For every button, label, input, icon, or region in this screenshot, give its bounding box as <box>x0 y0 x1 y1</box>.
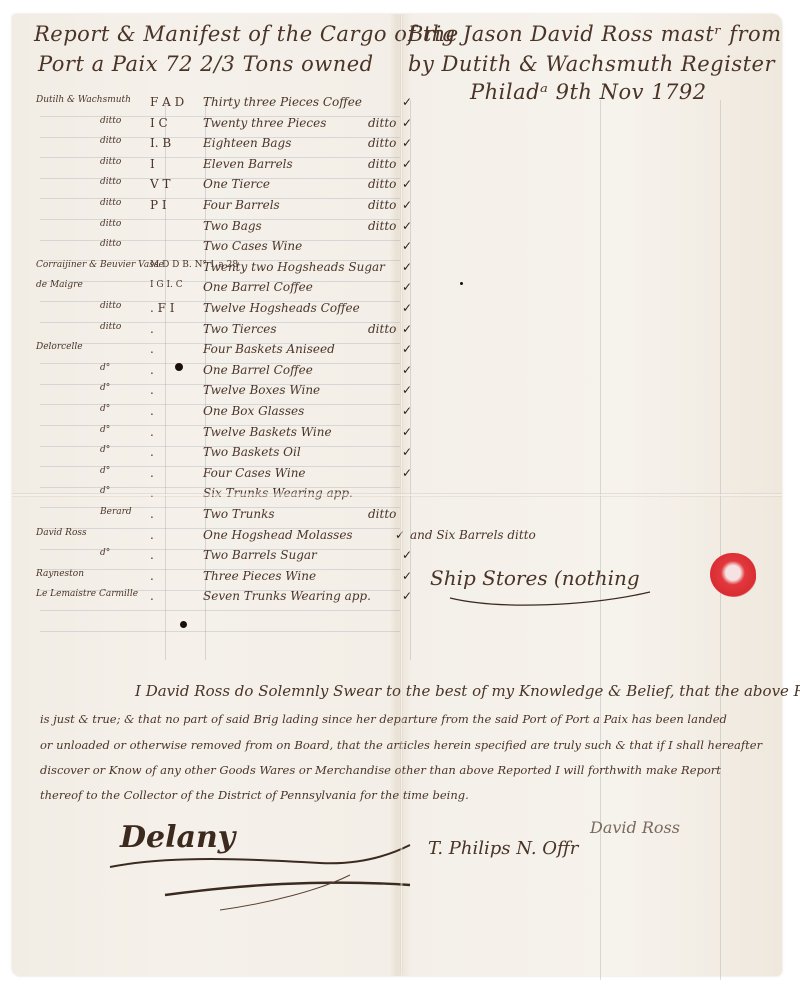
row-desc: Eighteen Bags <box>203 136 291 150</box>
row-tick-icon: ✓ <box>402 548 412 562</box>
row-tick-icon: ✓ <box>402 425 412 439</box>
row-desc: One Box Glasses <box>203 404 304 418</box>
row-merchant: Berard <box>100 507 132 517</box>
row-merchant: ditto <box>100 116 121 126</box>
row-desc: One Hogshead Molasses <box>203 528 353 542</box>
row-mark: I. B <box>150 136 171 150</box>
row-mark: V T <box>150 177 170 191</box>
row-unit: ditto <box>368 198 396 212</box>
row-tick-icon: ✓ <box>402 157 412 171</box>
row-mark: . <box>150 589 154 603</box>
row-mark: . <box>150 404 154 418</box>
row-tick-icon: ✓ <box>402 404 412 418</box>
row-merchant: d° <box>100 466 110 476</box>
oath-line-5: thereof to the Collector of the District… <box>40 788 469 802</box>
row-mark: I <box>150 157 155 171</box>
place-date: Philadᵃ 9th Nov 1792 <box>470 80 707 104</box>
row-desc: Eleven Barrels <box>203 157 293 171</box>
row-unit: ditto <box>368 157 396 171</box>
signature-officer: T. Philips N. Offr <box>428 838 578 859</box>
row-merchant: Corraijiner & Beuvier Vasse <box>36 260 164 270</box>
rule-line <box>40 610 400 611</box>
row-mark: I C <box>150 116 168 130</box>
heading-line2-right: by Dutith & Wachsmuth Register <box>408 52 775 76</box>
row-merchant: Le Lemaistre Carmille <box>36 589 138 599</box>
row-desc: Two Cases Wine <box>203 239 302 253</box>
row-mark: . <box>150 569 154 583</box>
row-merchant: Dutilh & Wachsmuth <box>36 95 131 105</box>
signature-master: David Ross <box>590 818 680 837</box>
row-merchant: d° <box>100 383 110 393</box>
row-tick-icon: ✓ <box>402 342 412 356</box>
row-merchant: d° <box>100 425 110 435</box>
row-desc: Four Cases Wine <box>203 466 306 480</box>
row-merchant: ditto <box>100 322 121 332</box>
heading-line1-right: Brig Jason David Ross mastʳ from <box>408 22 782 46</box>
row-merchant: Rayneston <box>36 569 84 579</box>
row-desc: Twelve Baskets Wine <box>203 425 332 439</box>
row-desc: Thirty three Pieces Coffee <box>203 95 362 109</box>
row-tick-icon: ✓ <box>402 239 412 253</box>
row-desc: Four Baskets Aniseed <box>203 342 335 356</box>
row-unit: ditto <box>368 136 396 150</box>
row-merchant: d° <box>100 548 110 558</box>
row-merchant: ditto <box>100 198 121 208</box>
row-desc: Twelve Hogsheads Coffee <box>203 301 360 315</box>
row-tick-icon: ✓ <box>402 280 412 294</box>
row-mark: . <box>150 528 154 542</box>
heading-line2-left: Port a Paix 72 2/3 Tons owned <box>38 52 374 76</box>
row-mark: . <box>150 445 154 459</box>
row-tick-icon: ✓ <box>402 569 412 583</box>
rule-line <box>40 631 400 632</box>
row-tick-icon: ✓ <box>402 363 412 377</box>
row-tick-icon: ✓ <box>402 136 412 150</box>
row-mark: . <box>150 466 154 480</box>
row-mark: F A D <box>150 95 184 109</box>
row-mark: I G I. C <box>150 280 183 290</box>
oath-line-4: discover or Know of any other Goods Ware… <box>40 763 721 777</box>
signature-flourish-icon <box>90 815 420 915</box>
horizontal-fold <box>12 493 782 497</box>
row-tick-icon: ✓ <box>402 322 412 336</box>
row-desc: Twenty two Hogsheads Sugar <box>203 260 385 274</box>
row-tick-icon: ✓ <box>402 260 412 274</box>
row-unit: ditto <box>368 177 396 191</box>
row-unit: ditto <box>368 219 396 233</box>
row-mark: . <box>150 548 154 562</box>
row-merchant: ditto <box>100 301 121 311</box>
row-merchant: d° <box>100 363 110 373</box>
row-unit: ditto <box>368 322 396 336</box>
row-merchant: ditto <box>100 177 121 187</box>
row-tick-icon: ✓ <box>402 219 412 233</box>
row-merchant: ditto <box>100 239 121 249</box>
row-mark: . <box>150 507 154 521</box>
wax-seal <box>710 553 756 597</box>
row-merchant: ditto <box>100 219 121 229</box>
row-tick-icon: ✓ <box>402 445 412 459</box>
ink-dot <box>460 282 463 285</box>
row-merchant: d° <box>100 445 110 455</box>
row-mark: . <box>150 342 154 356</box>
heading-line1-left: Report & Manifest of the Cargo of the <box>34 22 459 46</box>
row-desc: Three Pieces Wine <box>203 569 316 583</box>
row-merchant: David Ross <box>36 528 87 538</box>
row-tick-icon: ✓ <box>402 198 412 212</box>
ink-blot <box>175 363 183 371</box>
row-tick-icon: ✓ <box>402 383 412 397</box>
row-tick-icon: ✓ <box>402 116 412 130</box>
row-desc: Twenty three Pieces <box>203 116 326 130</box>
row-desc: Two Barrels Sugar <box>203 548 317 562</box>
row-desc: Two Tierces <box>203 322 277 336</box>
row-desc: One Barrel Coffee <box>203 280 313 294</box>
row-unit: and Six Barrels ditto <box>410 528 536 542</box>
row-unit: ditto <box>368 116 396 130</box>
row-mark: . F I <box>150 301 175 315</box>
row-desc: Two Bags <box>203 219 262 233</box>
row-tick-icon: ✓ <box>402 301 412 315</box>
ink-blot <box>180 621 187 628</box>
row-tick-icon: ✓ <box>402 589 412 603</box>
row-desc: Seven Trunks Wearing app. <box>203 589 371 603</box>
flourish-icon <box>440 580 660 610</box>
row-mark: . <box>150 322 154 336</box>
row-desc: Four Barrels <box>203 198 280 212</box>
row-desc: One Tierce <box>203 177 270 191</box>
row-desc: Two Trunks <box>203 507 275 521</box>
row-tick-icon: ✓ <box>402 466 412 480</box>
oath-line-1: I David Ross do Solemnly Swear to the be… <box>135 682 800 700</box>
oath-line-2: is just & true; & that no part of said B… <box>40 712 727 726</box>
column-line <box>600 100 601 980</box>
column-line <box>720 100 721 980</box>
row-merchant: ditto <box>100 157 121 167</box>
row-desc: Two Baskets Oil <box>203 445 301 459</box>
row-mark: . <box>150 425 154 439</box>
row-tick-icon: ✓ <box>402 95 412 109</box>
row-desc: One Barrel Coffee <box>203 363 313 377</box>
row-merchant: d° <box>100 404 110 414</box>
row-mark: P I <box>150 198 167 212</box>
row-mark: . <box>150 363 154 377</box>
row-unit: ditto <box>368 507 396 521</box>
row-merchant: Delorcelle <box>36 342 83 352</box>
row-tick-icon: ✓ <box>402 177 412 191</box>
row-merchant: de Maigre <box>36 280 83 290</box>
row-mark: . <box>150 383 154 397</box>
row-desc: Twelve Boxes Wine <box>203 383 320 397</box>
row-merchant: ditto <box>100 136 121 146</box>
